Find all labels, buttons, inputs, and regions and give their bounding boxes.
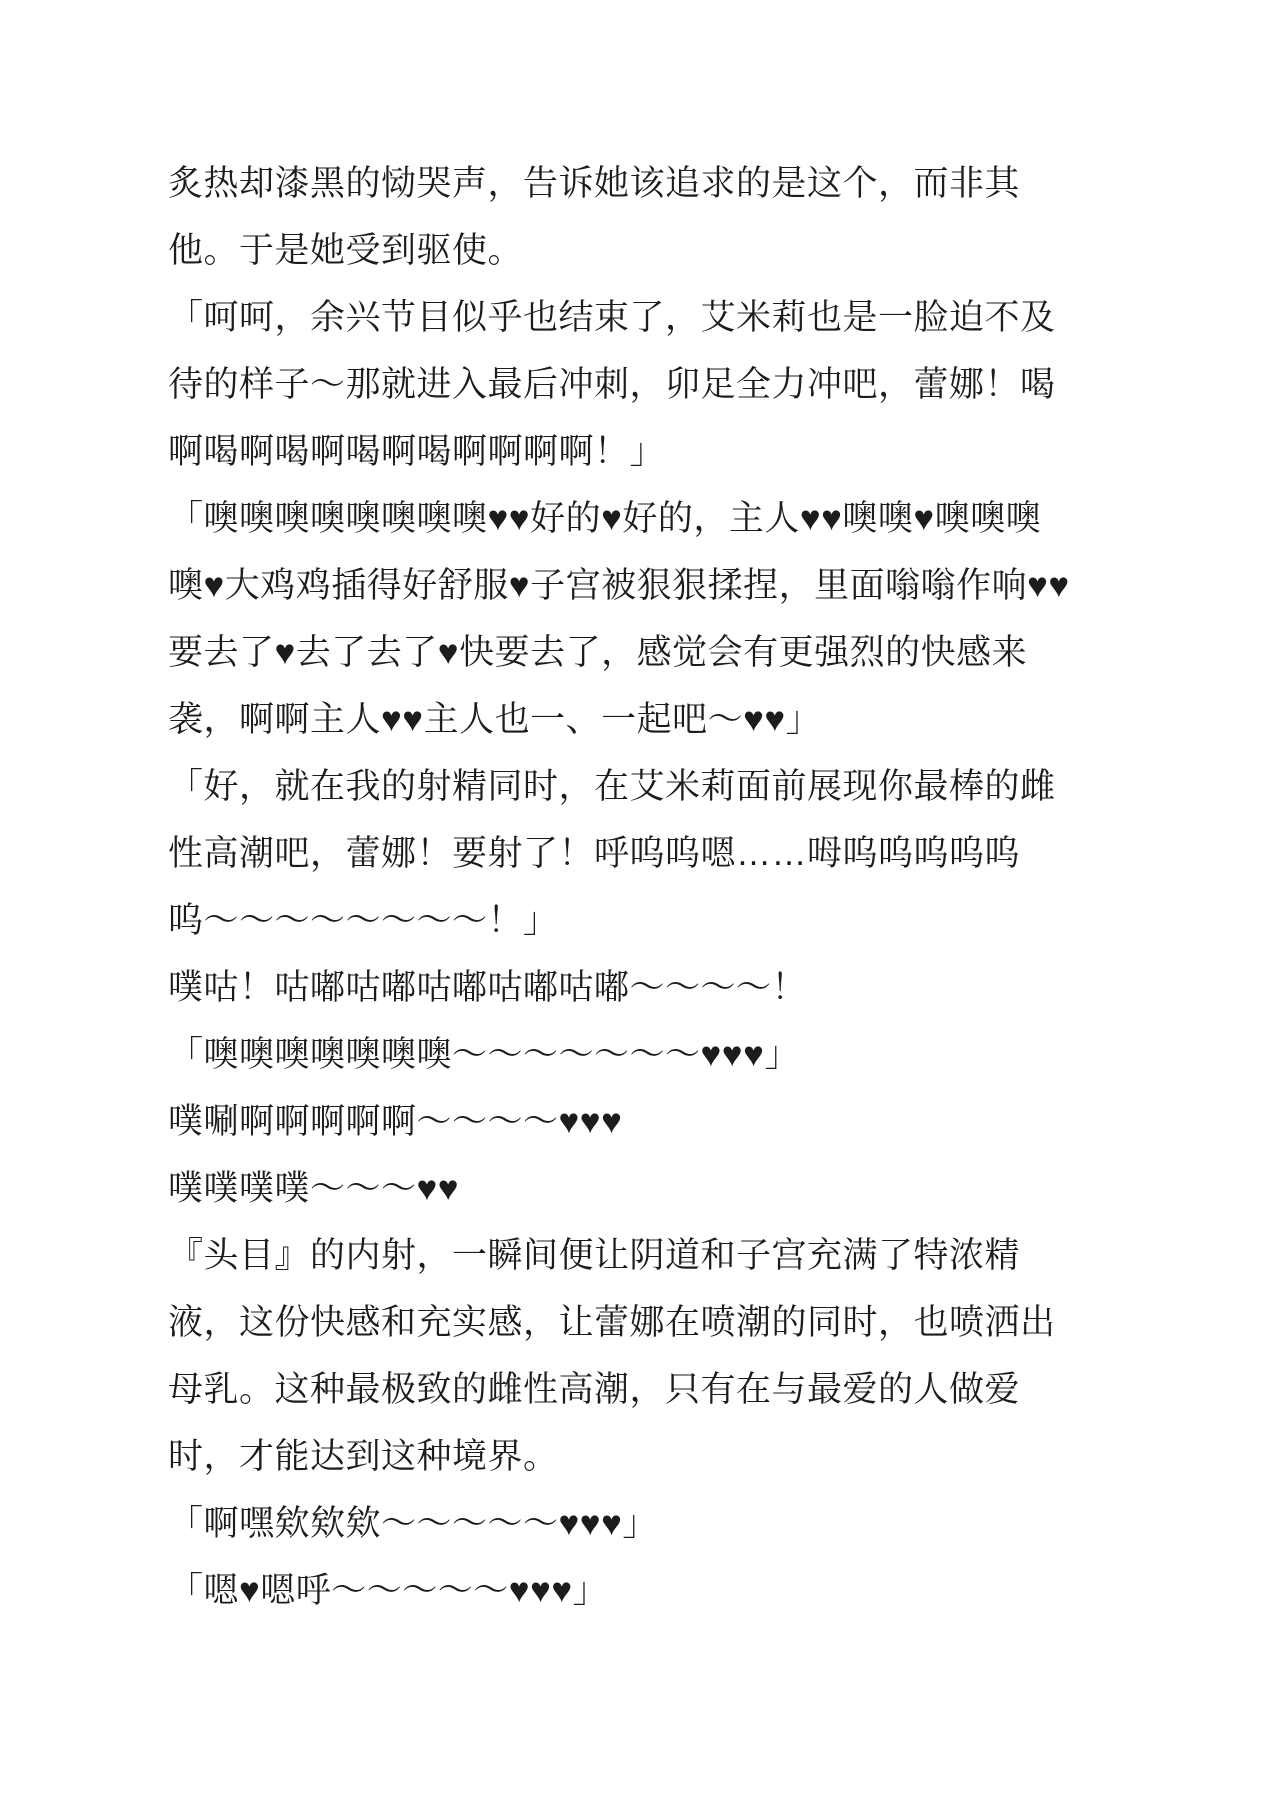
paragraph: 噗唰啊啊啊啊啊～～～～♥♥♥: [168, 1088, 1112, 1155]
paragraph: 「嗯♥嗯呼～～～～～♥♥♥」: [168, 1557, 1112, 1624]
text-line: 他。于是她受到驱使。: [168, 217, 1112, 284]
text-line: 噗咕！咕嘟咕嘟咕嘟咕嘟咕嘟～～～～！: [168, 954, 1112, 1021]
text-line: 时，才能达到这种境界。: [168, 1423, 1112, 1490]
text-line: 炙热却漆黑的恸哭声，告诉她该追求的是这个，而非其: [168, 150, 1112, 217]
text-line: 噗噗噗噗～～～♥♥: [168, 1155, 1112, 1222]
text-line: 液，这份快感和充实感，让蕾娜在喷潮的同时，也喷洒出: [168, 1289, 1112, 1356]
text-line: 袭，啊啊主人♥♥主人也一、一起吧～♥♥」: [168, 686, 1112, 753]
text-line: 「嗯♥嗯呼～～～～～♥♥♥」: [168, 1557, 1112, 1624]
text-line: 「呵呵，余兴节目似乎也结束了，艾米莉也是一脸迫不及: [168, 284, 1112, 351]
text-line: 呜～～～～～～～～！」: [168, 887, 1112, 954]
text-line: 性高潮吧，蕾娜！要射了！呼呜呜嗯……呣呜呜呜呜呜: [168, 820, 1112, 887]
text-line: 「啊嘿欸欸欸～～～～～♥♥♥」: [168, 1490, 1112, 1557]
text-line: 噗唰啊啊啊啊啊～～～～♥♥♥: [168, 1088, 1112, 1155]
text-line: 待的样子～那就进入最后冲刺，卯足全力冲吧，蕾娜！喝: [168, 351, 1112, 418]
paragraph: 「噢噢噢噢噢噢噢噢♥♥好的♥好的，主人♥♥噢噢♥噢噢噢噢♥大鸡鸡插得好舒服♥子宫…: [168, 485, 1112, 753]
text-line: 啊喝啊喝啊喝啊喝啊啊啊啊！」: [168, 418, 1112, 485]
text-line: 母乳。这种最极致的雌性高潮，只有在与最爱的人做爱: [168, 1356, 1112, 1423]
paragraph: 噗咕！咕嘟咕嘟咕嘟咕嘟咕嘟～～～～！: [168, 954, 1112, 1021]
paragraph: 噗噗噗噗～～～♥♥: [168, 1155, 1112, 1222]
paragraph: 「啊嘿欸欸欸～～～～～♥♥♥」: [168, 1490, 1112, 1557]
text-line: 噢♥大鸡鸡插得好舒服♥子宫被狠狠揉捏，里面嗡嗡作响♥♥: [168, 552, 1112, 619]
text-line: 要去了♥去了去了♥快要去了，感觉会有更强烈的快感来: [168, 619, 1112, 686]
novel-page: 炙热却漆黑的恸哭声，告诉她该追求的是这个，而非其他。于是她受到驱使。「呵呵，余兴…: [0, 0, 1280, 1810]
paragraph: 「噢噢噢噢噢噢噢～～～～～～～♥♥♥」: [168, 1021, 1112, 1088]
text-content: 炙热却漆黑的恸哭声，告诉她该追求的是这个，而非其他。于是她受到驱使。「呵呵，余兴…: [168, 150, 1112, 1624]
paragraph: 『头目』的内射，一瞬间便让阴道和子宫充满了特浓精液，这份快感和充实感，让蕾娜在喷…: [168, 1222, 1112, 1490]
text-line: 「好，就在我的射精同时，在艾米莉面前展现你最棒的雌: [168, 753, 1112, 820]
paragraph: 「好，就在我的射精同时，在艾米莉面前展现你最棒的雌性高潮吧，蕾娜！要射了！呼呜呜…: [168, 753, 1112, 954]
text-line: 「噢噢噢噢噢噢噢噢♥♥好的♥好的，主人♥♥噢噢♥噢噢噢: [168, 485, 1112, 552]
paragraph: 「呵呵，余兴节目似乎也结束了，艾米莉也是一脸迫不及待的样子～那就进入最后冲刺，卯…: [168, 284, 1112, 485]
text-line: 『头目』的内射，一瞬间便让阴道和子宫充满了特浓精: [168, 1222, 1112, 1289]
text-line: 「噢噢噢噢噢噢噢～～～～～～～♥♥♥」: [168, 1021, 1112, 1088]
paragraph: 炙热却漆黑的恸哭声，告诉她该追求的是这个，而非其他。于是她受到驱使。: [168, 150, 1112, 284]
